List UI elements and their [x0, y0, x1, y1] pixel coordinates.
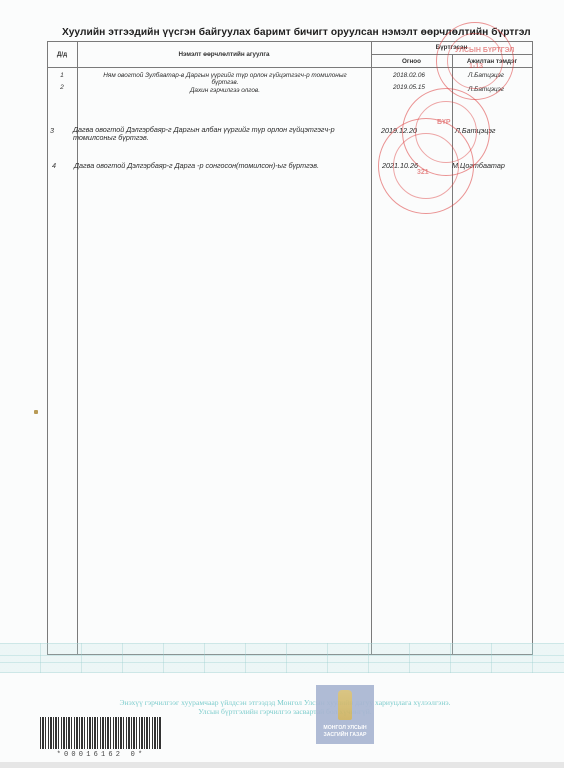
- stamp-inner-ring: [393, 133, 459, 199]
- soyombo-emblem-icon: [338, 690, 352, 720]
- row-1-date: 2018.02.06: [393, 72, 425, 79]
- barcode-number: *00016162 0*: [40, 751, 162, 759]
- official-stamp-bottom: 321: [378, 118, 474, 214]
- page-edge-shadow: [0, 762, 564, 768]
- decorative-border-inner: [0, 655, 564, 663]
- row-2-content: Дахин гэрчилгээ олгов.: [100, 87, 350, 94]
- gov-logo-line2: ЗАСГИЙН ГАЗАР: [316, 732, 374, 739]
- document-page: Хуулийн этгээдийн үүсгэн байгуулах барим…: [0, 0, 564, 764]
- row-1-content: Ням овогтой Зулбаатар-в Даргын үүргийг т…: [100, 72, 350, 87]
- table-right-border: [532, 41, 533, 655]
- row-4-number: 4: [44, 162, 64, 170]
- row-2-date: 2019.05.15: [393, 84, 425, 91]
- row-1-number: 1: [52, 72, 72, 79]
- footer-warning-line2: Улсын бүртгэлийн гэрчилгээ засвартай бол…: [80, 707, 490, 716]
- barcode: [40, 717, 162, 749]
- stamp-inner-ring: [447, 33, 503, 89]
- footer-warning-line1: Энэхүү гэрчилгээг хуурамчаар үйлдсэн этг…: [80, 698, 490, 707]
- table-col-divider-2: [371, 41, 372, 655]
- gov-logo-line1: МОНГОЛ УЛСЫН: [316, 725, 374, 732]
- row-4-content: Дагва овогтой Дэлгэрбаяр-г Дарга -р сонг…: [74, 162, 364, 170]
- row-3-number: 3: [42, 127, 62, 135]
- stamp-text-top: УЛСЫН БҮРТГЭЛ: [455, 47, 514, 54]
- header-content: Нэмэлт өөрчлөлтийн агуулга: [77, 51, 371, 58]
- paper-speck: [34, 410, 38, 414]
- government-logo: МОНГОЛ УЛСЫН ЗАСГИЙН ГАЗАР: [316, 685, 374, 744]
- header-number: Д/д: [47, 51, 77, 58]
- row-3-content: Дагва овогтой Дэлгэрбаяр-г Даргын албан …: [73, 126, 343, 142]
- row-2-number: 2: [52, 84, 72, 91]
- stamp-text-mid: 1-13: [469, 63, 483, 70]
- stamp-text-num: 321: [417, 169, 429, 176]
